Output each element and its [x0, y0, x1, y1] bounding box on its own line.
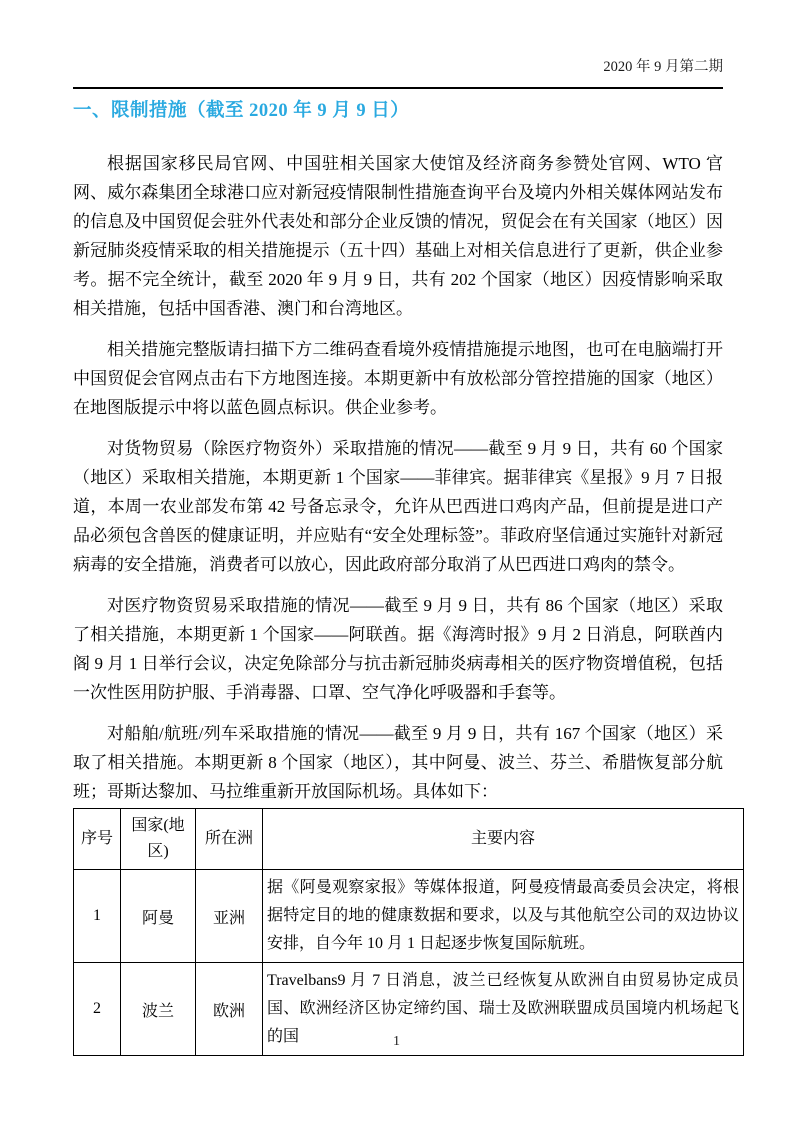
- table-header-row: 序号 国家(地区) 所在洲 主要内容: [74, 809, 744, 870]
- column-header-no: 序号: [74, 809, 121, 870]
- cell-continent: 亚洲: [196, 870, 263, 963]
- paragraph-medical-supplies: 对医疗物资贸易采取措施的情况——截至 9 月 9 日，共有 86 个国家（地区）…: [73, 591, 723, 707]
- column-header-country: 国家(地区): [121, 809, 196, 870]
- cell-country: 阿曼: [121, 870, 196, 963]
- measures-table: 序号 国家(地区) 所在洲 主要内容 1 阿曼 亚洲 据《阿曼观察家报》等媒体报…: [73, 808, 744, 1056]
- paragraph-map-notice: 相关措施完整版请扫描下方二维码查看境外疫情措施提示地图，也可在电脑端打开中国贸促…: [73, 335, 723, 422]
- paragraph-sources: 根据国家移民局官网、中国驻相关国家大使馆及经济商务参赞处官网、WTO 官网、威尔…: [73, 149, 723, 323]
- paragraph-goods-trade: 对货物贸易（除医疗物资外）采取措施的情况——截至 9 月 9 日，共有 60 个…: [73, 434, 723, 579]
- table-row: 1 阿曼 亚洲 据《阿曼观察家报》等媒体报道，阿曼疫情最高委员会决定，将根据特定…: [74, 870, 744, 963]
- cell-content: 据《阿曼观察家报》等媒体报道，阿曼疫情最高委员会决定，将根据特定目的地的健康数据…: [263, 870, 744, 963]
- document-page: 2020 年 9 月第二期 一、限制措施（截至 2020 年 9 月 9 日） …: [0, 0, 793, 1122]
- column-header-content: 主要内容: [263, 809, 744, 870]
- page-number: 1: [0, 1034, 793, 1050]
- header-rule: [73, 87, 723, 89]
- column-header-continent: 所在洲: [196, 809, 263, 870]
- issue-label: 2020 年 9 月第二期: [603, 59, 723, 75]
- paragraph-transport: 对船舶/航班/列车采取措施的情况——截至 9 月 9 日，共有 167 个国家（…: [73, 719, 723, 806]
- cell-no: 1: [74, 870, 121, 963]
- page-header: 2020 年 9 月第二期: [73, 58, 723, 76]
- section-heading: 一、限制措施（截至 2020 年 9 月 9 日）: [73, 98, 723, 124]
